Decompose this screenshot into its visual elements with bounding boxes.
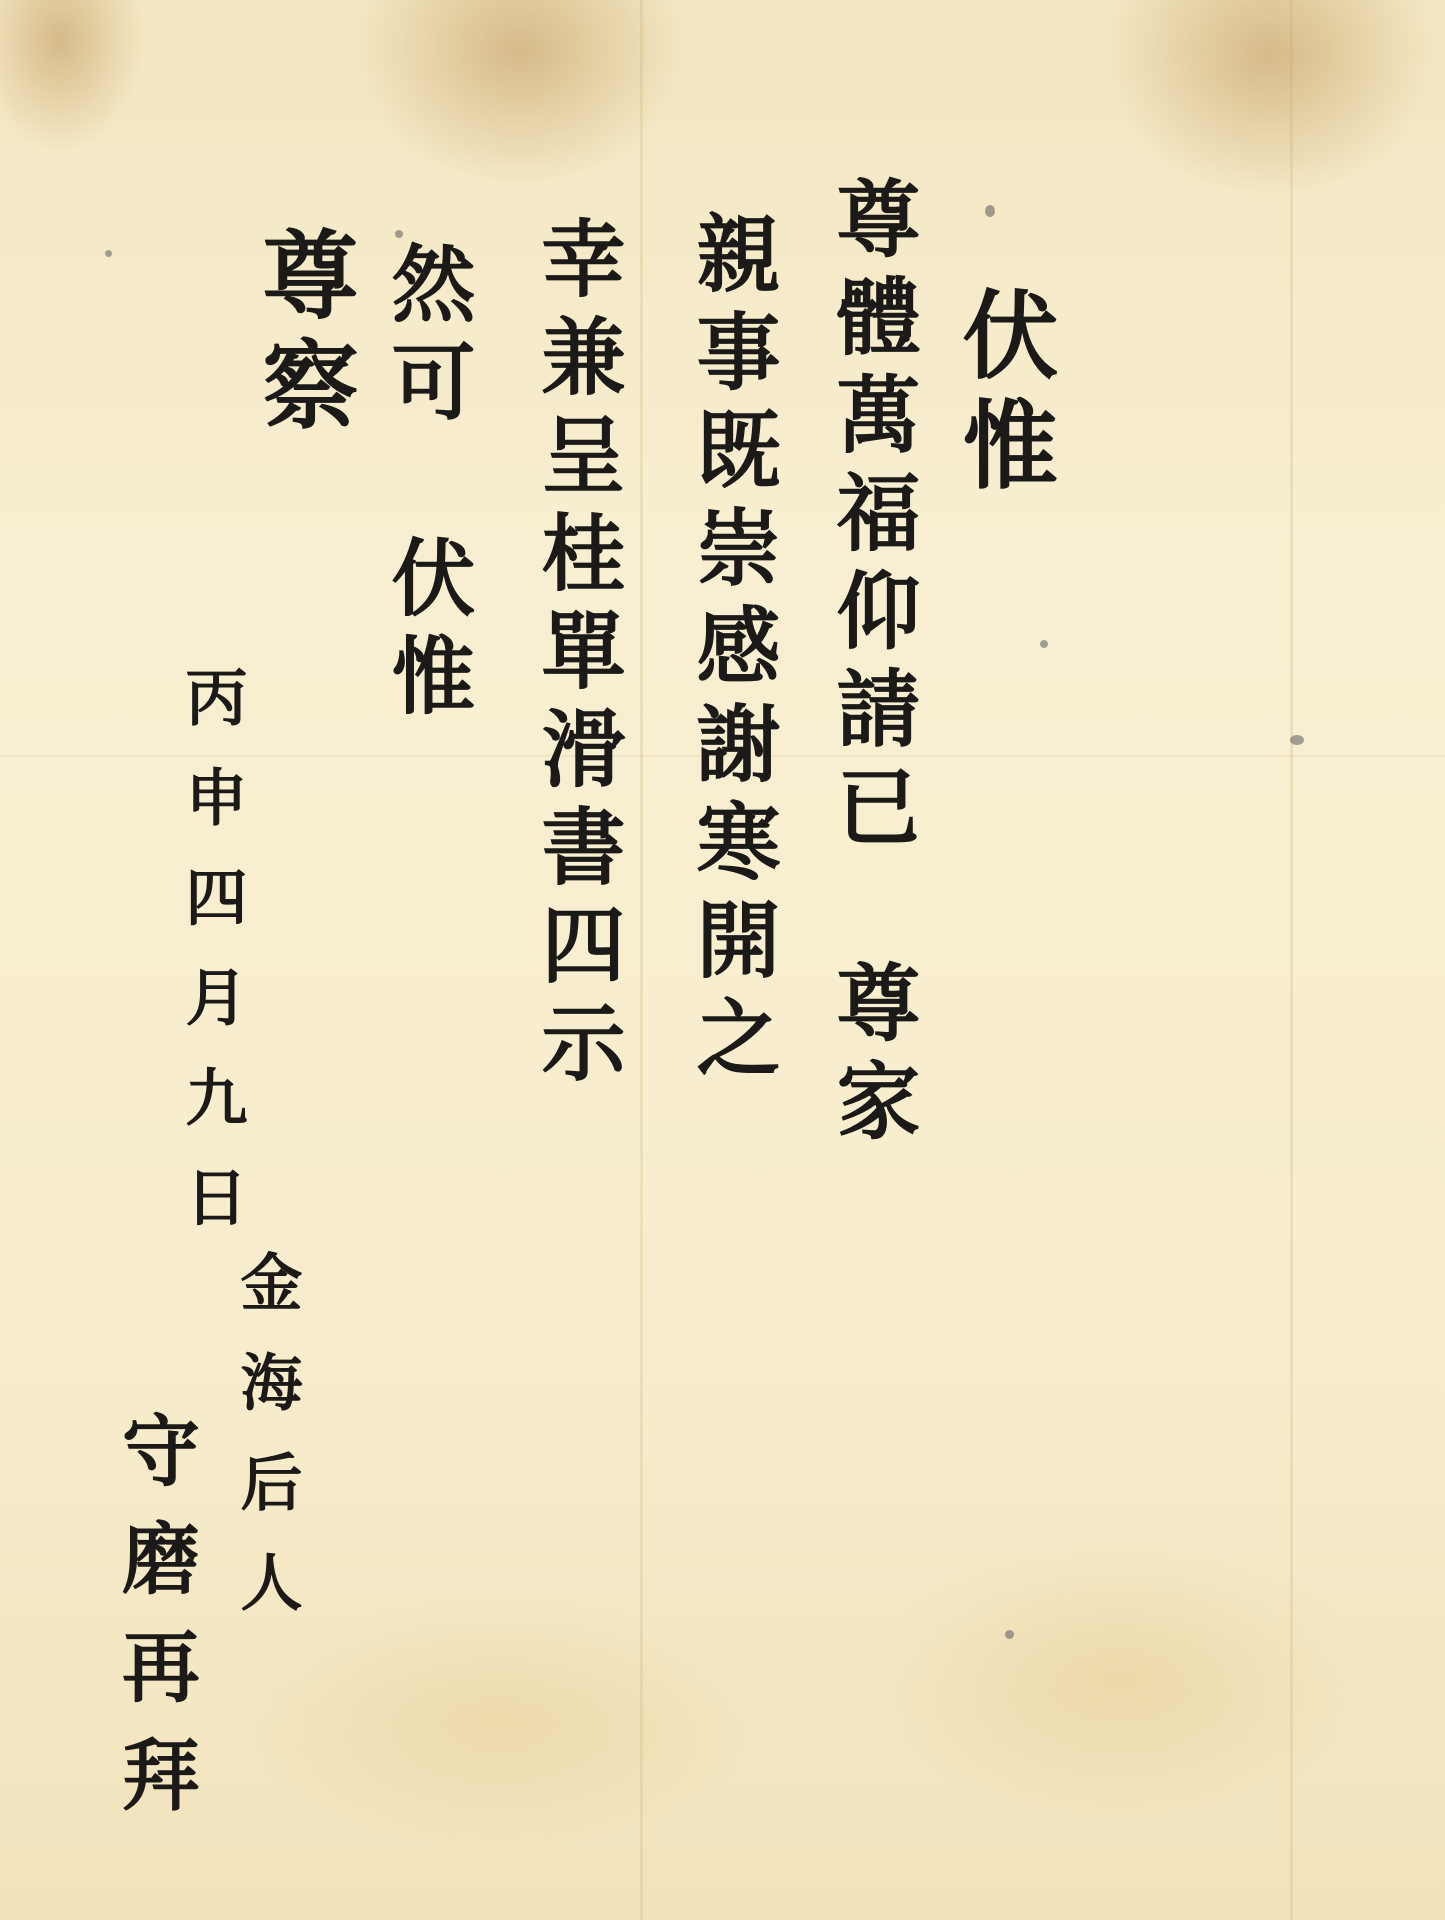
date-line: 丙申四月九日 xyxy=(180,665,242,1265)
paper-speck xyxy=(1005,1630,1014,1639)
letter-column-5: 然可 伏惟 xyxy=(385,240,469,800)
paper-speck xyxy=(985,205,995,217)
sender-origin: 金海后人 xyxy=(235,1250,297,1650)
letter-column-2: 尊體萬福仰請已 尊家 xyxy=(830,175,914,1645)
letter-column-3: 親事既崇感謝寒開之 xyxy=(690,210,774,1660)
signature: 守磨再拜 xyxy=(115,1410,193,1842)
paper-speck xyxy=(105,250,112,257)
paper-speck xyxy=(395,230,403,238)
fold-line-vertical xyxy=(640,0,643,1920)
paper-speck xyxy=(1290,735,1304,745)
paper-speck xyxy=(1040,640,1048,648)
letter-paper: 伏惟 尊體萬福仰請已 尊家 親事既崇感謝寒開之 幸兼呈桂單滑書四示 然可 伏惟 … xyxy=(0,0,1445,1920)
fold-line-vertical xyxy=(1290,0,1293,1920)
letter-column-4: 幸兼呈桂單滑書四示 xyxy=(535,215,619,1715)
letter-column-6: 尊察 xyxy=(255,225,351,445)
letter-column-1: 伏惟 xyxy=(955,285,1051,505)
